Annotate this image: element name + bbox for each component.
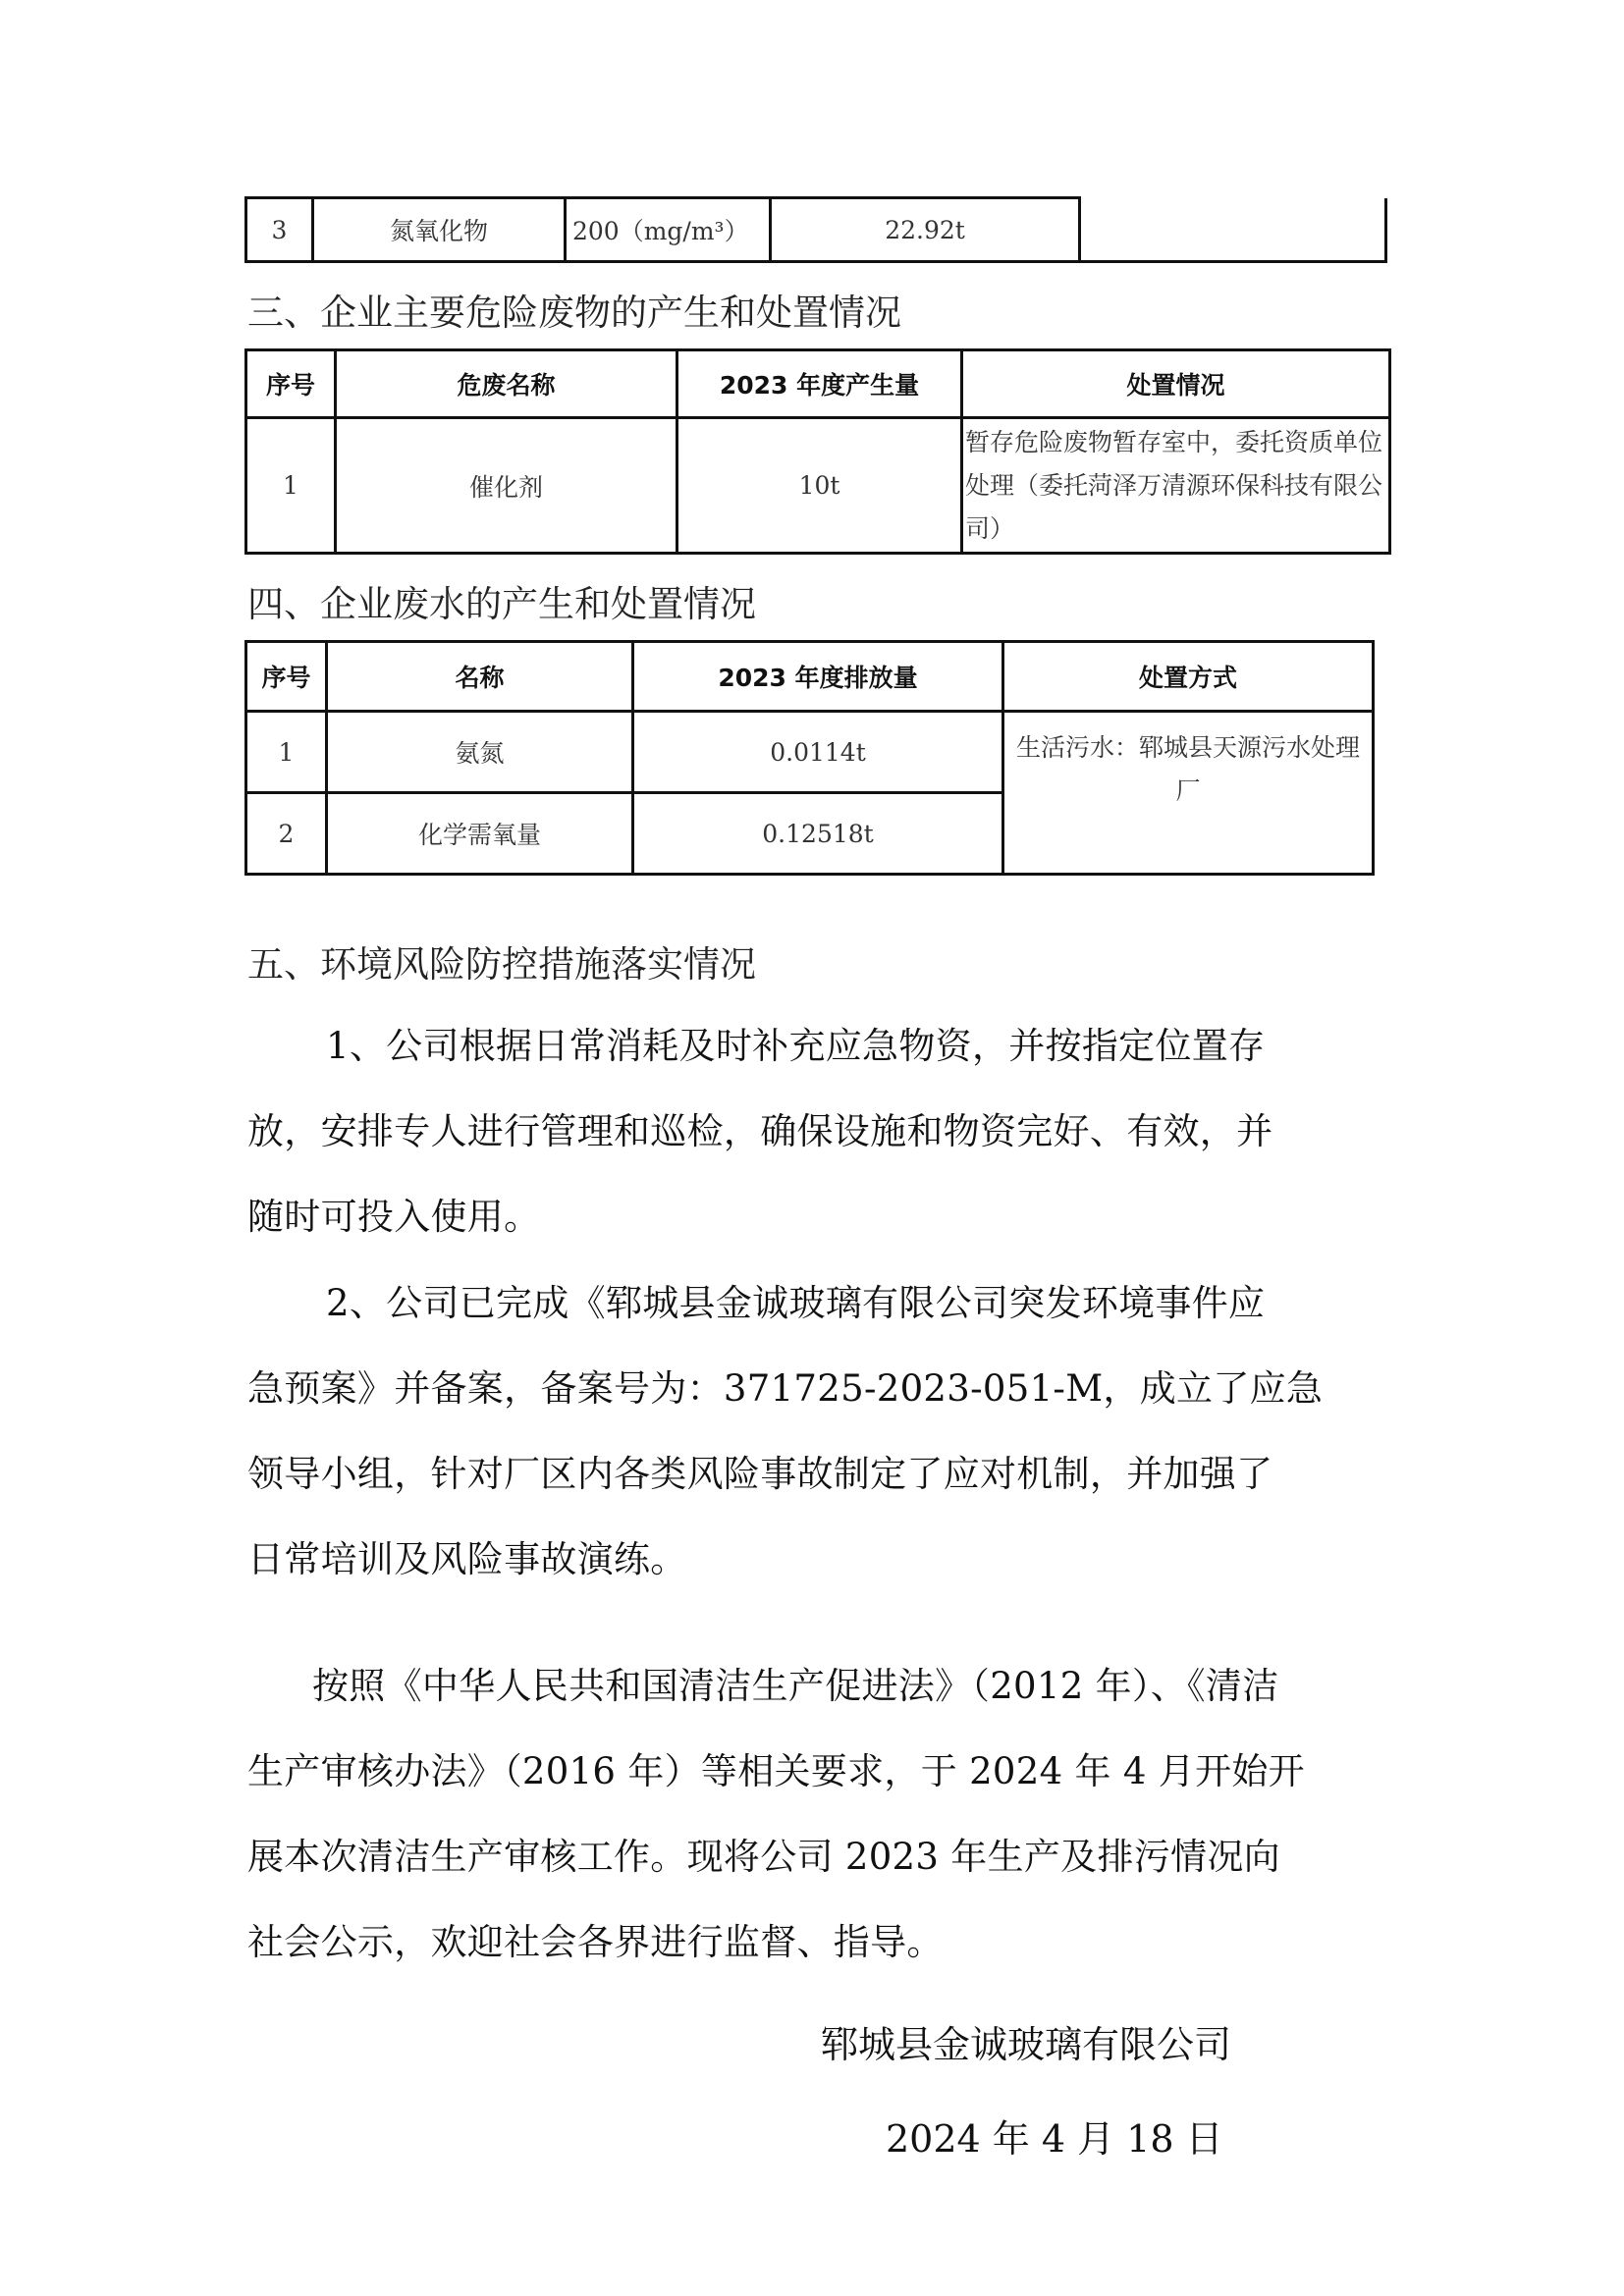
- measure-item-1: 1、公司根据日常消耗及时补充应急物资，并按指定位置存 放，安排专人进行管理和巡检…: [247, 1003, 1386, 1259]
- col-header-number: 序号: [246, 642, 327, 712]
- table-row: 3 氮氧化物 200（mg/m³） 22.92t: [246, 198, 1386, 262]
- waste-disposal: 暂存危险废物暂存室中，委托资质单位处理（委托菏泽万清源环保科技有限公司）: [962, 418, 1390, 554]
- col-header-name: 名称: [327, 642, 633, 712]
- paragraph-line: 随时可投入使用。: [247, 1174, 1386, 1259]
- col-header-method: 处置方式: [1003, 642, 1374, 712]
- col-header-amount: 2023 年度产生量: [677, 350, 962, 418]
- paragraph-line: 展本次清洁生产审核工作。现将公司 2023 年生产及排污情况向: [247, 1814, 1386, 1899]
- emissions-table-continued: 3 氮氧化物 200（mg/m³） 22.92t: [244, 196, 1387, 263]
- row-number: 1: [246, 712, 327, 793]
- row-number: 3: [246, 198, 313, 262]
- table-row: 1 催化剂 10t 暂存危险废物暂存室中，委托资质单位处理（委托菏泽万清源环保科…: [246, 418, 1390, 554]
- discharge-amount: 0.0114t: [633, 712, 1003, 793]
- paragraph-line: 2、公司已完成《郓城县金诚玻璃有限公司突发环境事件应: [247, 1260, 1386, 1346]
- emission-limit: 200（mg/m³）: [566, 198, 771, 262]
- col-header-disposal: 处置情况: [962, 350, 1390, 418]
- hazardous-waste-table: 序号 危废名称 2023 年度产生量 处置情况 1 催化剂 10t 暂存危险废物…: [244, 348, 1391, 555]
- col-header-discharge: 2023 年度排放量: [633, 642, 1003, 712]
- pollutant-name: 氨氮: [327, 712, 633, 793]
- waste-amount: 10t: [677, 418, 962, 554]
- emission-amount: 22.92t: [771, 198, 1080, 262]
- paragraph-line: 急预案》并备案，备案号为：371725-2023-051-M，成立了应急: [247, 1346, 1386, 1431]
- pollutant-name: 化学需氧量: [327, 793, 633, 875]
- section-4-heading: 四、企业废水的产生和处置情况: [247, 574, 756, 627]
- signature-date: 2024 年 4 月 18 日: [886, 2109, 1223, 2163]
- row-number: 2: [246, 793, 327, 875]
- waste-name: 催化剂: [336, 418, 677, 554]
- paragraph-line: 放，安排专人进行管理和巡检，确保设施和物资完好、有效，并: [247, 1089, 1386, 1174]
- measure-item-2: 2、公司已完成《郓城县金诚玻璃有限公司突发环境事件应 急预案》并备案，备案号为：…: [247, 1260, 1386, 1602]
- col-header-waste-name: 危废名称: [336, 350, 677, 418]
- paragraph-line: 领导小组，针对厂区内各类风险事故制定了应对机制，并加强了: [247, 1431, 1386, 1517]
- col-header-number: 序号: [246, 350, 336, 418]
- closing-paragraph: 按照《中华人民共和国清洁生产促进法》（2012 年）、《清洁 生产审核办法》（2…: [247, 1643, 1386, 1985]
- discharge-amount: 0.12518t: [633, 793, 1003, 875]
- row-number: 1: [246, 418, 336, 554]
- pollutant-name: 氮氧化物: [313, 198, 566, 262]
- disposal-method: 生活污水：郓城县天源污水处理厂: [1003, 712, 1374, 875]
- paragraph-line: 按照《中华人民共和国清洁生产促进法》（2012 年）、《清洁: [247, 1643, 1386, 1729]
- paragraph-line: 日常培训及风险事故演练。: [247, 1517, 1386, 1602]
- paragraph-line: 社会公示，欢迎社会各界进行监督、指导。: [247, 1899, 1386, 1985]
- note-cell: [1080, 198, 1386, 262]
- paragraph-line: 生产审核办法》（2016 年）等相关要求，于 2024 年 4 月开始开: [247, 1729, 1386, 1814]
- section-3-heading: 三、企业主要危险废物的产生和处置情况: [247, 283, 901, 336]
- signature-company: 郓城县金诚玻璃有限公司: [821, 2014, 1231, 2068]
- table-row: 1 氨氮 0.0114t 生活污水：郓城县天源污水处理厂: [246, 712, 1374, 793]
- table-header-row: 序号 名称 2023 年度排放量 处置方式: [246, 642, 1374, 712]
- table-header-row: 序号 危废名称 2023 年度产生量 处置情况: [246, 350, 1390, 418]
- wastewater-table: 序号 名称 2023 年度排放量 处置方式 1 氨氮 0.0114t 生活污水：…: [244, 640, 1375, 876]
- paragraph-line: 1、公司根据日常消耗及时补充应急物资，并按指定位置存: [247, 1003, 1386, 1089]
- section-5-heading: 五、环境风险防控措施落实情况: [247, 934, 756, 988]
